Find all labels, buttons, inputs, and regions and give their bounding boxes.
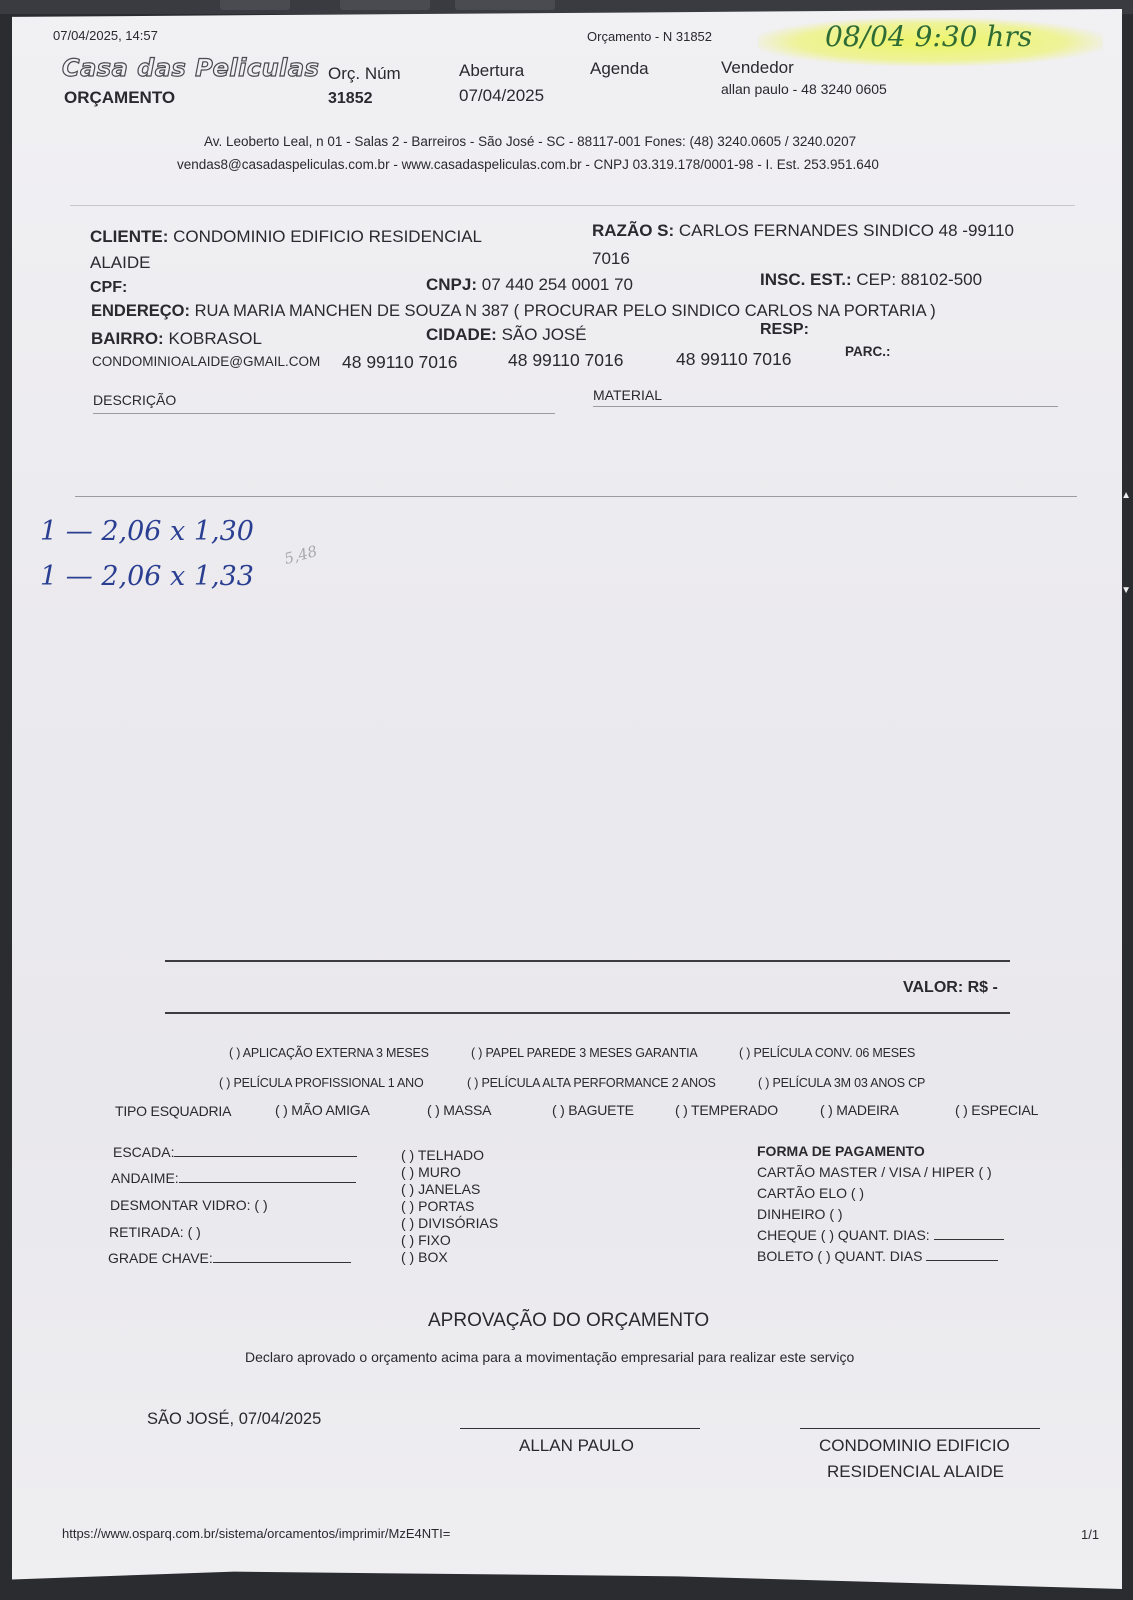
page-number: 1/1 xyxy=(1081,1527,1099,1542)
esquadria-especial[interactable]: ( ) ESPECIAL xyxy=(955,1102,1038,1118)
signer-client-line1: CONDOMINIO EDIFICIO xyxy=(819,1436,1010,1456)
valor-bottom-line xyxy=(165,1012,1010,1014)
bairro-field: BAIRRO: KOBRASOL xyxy=(91,329,262,349)
company-contact: vendas8@casadaspeliculas.com.br - www.ca… xyxy=(177,157,879,172)
andaime-field[interactable]: ANDAIME: xyxy=(111,1170,356,1186)
valor-label: VALOR: R$ - xyxy=(903,979,998,997)
abertura-label: Abertura xyxy=(459,61,524,81)
payment-boleto[interactable]: BOLETO ( ) QUANT. DIAS xyxy=(757,1246,1004,1267)
handwritten-appointment: 08/04 9:30 hrs xyxy=(825,20,1032,53)
option-aplicacao-externa[interactable]: ( ) APLICAÇÃO EXTERNA 3 MESES xyxy=(229,1046,429,1060)
doc-reference: Orçamento - N 31852 xyxy=(587,29,712,44)
signer-seller: ALLAN PAULO xyxy=(519,1436,634,1456)
option-pelicula-alta-performance[interactable]: ( ) PELÍCULA ALTA PERFORMANCE 2 ANOS xyxy=(467,1076,716,1090)
cpf-label: CPF: xyxy=(90,279,127,297)
esquadria-temperado[interactable]: ( ) TEMPERADO xyxy=(675,1102,778,1118)
handwritten-measure-2: 1 — 2,06 x 1,33 xyxy=(40,561,254,592)
keyboard-arrow-down-icon: ▼ xyxy=(1121,585,1131,596)
key-shape xyxy=(220,0,290,10)
parc-label: PARC.: xyxy=(845,344,891,359)
footer-url[interactable]: https://www.osparq.com.br/sistema/orcame… xyxy=(62,1526,450,1541)
esquadria-label: TIPO ESQUADRIA xyxy=(115,1103,231,1119)
esquadria-massa[interactable]: ( ) MASSA xyxy=(427,1102,491,1118)
signature-line-client xyxy=(800,1428,1040,1429)
payment-cheque[interactable]: CHEQUE ( ) QUANT. DIAS: xyxy=(757,1225,1004,1246)
cliente-field: CLIENTE: CONDOMINIO EDIFICIO RESIDENCIAL xyxy=(90,227,482,247)
endereco-field: ENDEREÇO: RUA MARIA MANCHEN DE SOUZA N 3… xyxy=(91,302,936,321)
payment-section: FORMA DE PAGAMENTO CARTÃO MASTER / VISA … xyxy=(757,1141,1004,1267)
handwritten-measure-1: 1 — 2,06 x 1,30 xyxy=(40,516,254,547)
key-shape xyxy=(340,0,430,10)
valor-top-line xyxy=(165,960,1010,962)
cliente-field-cont: ALAIDE xyxy=(90,253,150,273)
location-box[interactable]: ( ) BOX xyxy=(401,1249,498,1266)
client-phone: 48 99110 7016 xyxy=(508,350,624,371)
razao-field: RAZÃO S: CARLOS FERNANDES SINDICO 48 -99… xyxy=(592,221,1014,241)
esquadria-baguete[interactable]: ( ) BAGUETE xyxy=(552,1102,634,1118)
client-email: CONDOMINIOALAIDE@GMAIL.COM xyxy=(92,354,320,369)
escada-field[interactable]: ESCADA: xyxy=(113,1144,357,1160)
location-janelas[interactable]: ( ) JANELAS xyxy=(401,1181,498,1198)
grade-chave-field[interactable]: GRADE CHAVE: xyxy=(108,1250,351,1266)
client-phone: 48 99110 7016 xyxy=(676,349,792,370)
location-options: ( ) TELHADO ( ) MURO ( ) JANELAS ( ) POR… xyxy=(401,1147,498,1266)
items-divider xyxy=(75,496,1077,497)
approval-title: APROVAÇÃO DO ORÇAMENTO xyxy=(428,1310,709,1332)
orc-num-value: 31852 xyxy=(328,90,373,108)
esquadria-madeira[interactable]: ( ) MADEIRA xyxy=(820,1102,899,1118)
abertura-value: 07/04/2025 xyxy=(459,86,544,106)
retirada-option[interactable]: RETIRADA: ( ) xyxy=(109,1224,201,1240)
signature-line-seller xyxy=(460,1428,700,1429)
approval-statement: Declaro aprovado o orçamento acima para … xyxy=(245,1349,854,1365)
company-logo: Casa das Peliculas xyxy=(62,54,319,82)
option-papel-parede[interactable]: ( ) PAPEL PAREDE 3 MESES GARANTIA xyxy=(471,1046,698,1060)
esquadria-mao-amiga[interactable]: ( ) MÃO AMIGA xyxy=(275,1102,370,1118)
divider xyxy=(70,205,1075,206)
option-pelicula-profissional[interactable]: ( ) PELÍCULA PROFISSIONAL 1 ANO xyxy=(219,1076,424,1090)
location-divisorias[interactable]: ( ) DIVISÓRIAS xyxy=(401,1215,498,1232)
option-pelicula-3m[interactable]: ( ) PELÍCULA 3M 03 ANOS CP xyxy=(758,1076,925,1090)
material-underline xyxy=(593,406,1058,407)
option-pelicula-conv[interactable]: ( ) PELÍCULA CONV. 06 MESES xyxy=(739,1046,915,1060)
payment-dinheiro[interactable]: DINHEIRO ( ) xyxy=(757,1204,1004,1225)
keyboard-arrow-up-icon: ▲ xyxy=(1121,490,1131,501)
payment-cartao-master[interactable]: CARTÃO MASTER / VISA / HIPER ( ) xyxy=(757,1162,1004,1183)
location-fixo[interactable]: ( ) FIXO xyxy=(401,1232,498,1249)
location-muro[interactable]: ( ) MURO xyxy=(401,1164,498,1181)
agenda-label: Agenda xyxy=(590,59,649,79)
razao-field-cont: 7016 xyxy=(592,249,630,269)
cnpj-field: CNPJ: 07 440 254 0001 70 xyxy=(426,275,633,295)
signer-client-line2: RESIDENCIAL ALAIDE xyxy=(827,1462,1004,1482)
resp-label: RESP: xyxy=(760,321,809,339)
location-portas[interactable]: ( ) PORTAS xyxy=(401,1198,498,1215)
print-timestamp: 07/04/2025, 14:57 xyxy=(53,28,158,43)
payment-cartao-elo[interactable]: CARTÃO ELO ( ) xyxy=(757,1183,1004,1204)
approval-place-date: SÃO JOSÉ, 07/04/2025 xyxy=(147,1410,321,1429)
material-label: MATERIAL xyxy=(593,387,662,403)
location-telhado[interactable]: ( ) TELHADO xyxy=(401,1147,498,1164)
cidade-field: CIDADE: SÃO JOSÉ xyxy=(426,325,587,345)
desmontar-vidro-option[interactable]: DESMONTAR VIDRO: ( ) xyxy=(110,1197,268,1213)
key-shape xyxy=(455,0,555,10)
payment-title: FORMA DE PAGAMENTO xyxy=(757,1141,1004,1162)
insc-field: INSC. EST.: CEP: 88102-500 xyxy=(760,270,982,290)
vendedor-value: allan paulo - 48 3240 0605 xyxy=(721,81,887,97)
descricao-label: DESCRIÇÃO xyxy=(93,392,176,408)
doc-type: ORÇAMENTO xyxy=(64,88,175,108)
company-address: Av. Leoberto Leal, n 01 - Salas 2 - Barr… xyxy=(204,134,856,149)
vendedor-label: Vendedor xyxy=(721,58,794,78)
descricao-underline xyxy=(93,413,555,414)
client-phone: 48 99110 7016 xyxy=(342,352,458,373)
orc-num-label: Orç. Núm xyxy=(328,64,401,84)
